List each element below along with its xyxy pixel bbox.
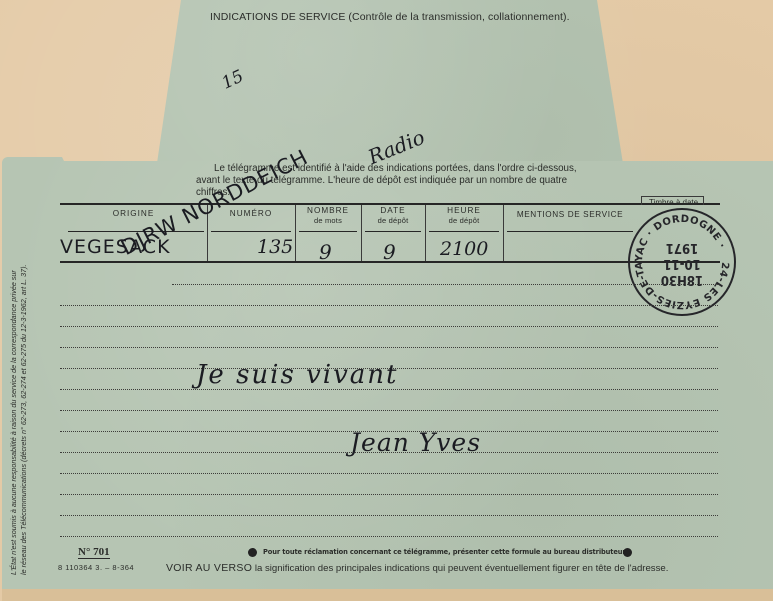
message-line <box>60 326 718 327</box>
value-date-de-depot: 9 <box>383 240 396 264</box>
header-underline-numero <box>211 231 291 232</box>
reclamation-notice: Pour toute réclamation concernant ce tél… <box>263 547 626 556</box>
value-heure-de-depot: 2100 <box>440 238 488 260</box>
message-signature: Jean Yves <box>350 428 481 457</box>
header-mentions-label: MENTIONS DE SERVICE <box>517 210 623 219</box>
form-number: N° 701 <box>78 546 110 559</box>
header-mentions-de-service: MENTIONS DE SERVICE <box>503 210 637 220</box>
legal-note-line-2: le réseau des Télécommunications (décret… <box>19 155 29 575</box>
bullet-left-icon <box>248 548 257 557</box>
message-line <box>60 515 718 516</box>
header-underline-mentions <box>507 231 633 232</box>
header-heure-de-depot: HEURE de dépôt <box>425 206 503 226</box>
message-line <box>172 284 718 285</box>
value-numero: 135 <box>257 236 293 258</box>
header-date-de-depot: DATE de dépôt <box>361 206 425 226</box>
header-nombre-sub: de mots <box>295 216 361 226</box>
postmark-date: 10-11 <box>630 255 734 271</box>
header-date-label: DATE <box>380 206 405 215</box>
message-line <box>60 305 718 306</box>
postmark-center: 18H30 10-11 1971 <box>630 239 734 287</box>
header-nombre-label: NOMBRE <box>307 206 349 215</box>
message-line <box>60 494 718 495</box>
header-heure-label: HEURE <box>447 206 481 215</box>
postmark-year: 1971 <box>630 239 734 255</box>
legal-side-note: L'État n'est soumis à aucune responsabil… <box>9 155 29 575</box>
header-underline-date <box>365 231 421 232</box>
service-indications-title: INDICATIONS DE SERVICE (Contrôle de la t… <box>210 11 570 23</box>
message-line <box>60 410 718 411</box>
verso-rest: la signification des principales indicat… <box>255 563 669 574</box>
header-heure-sub: de dépôt <box>425 216 503 226</box>
verso-strong: VOIR AU VERSO <box>166 562 252 574</box>
value-nombre-de-mots: 9 <box>319 240 332 264</box>
header-underline-heure <box>429 231 499 232</box>
postmark-stamp: 24-LES EYZIES-DE-TAYAC · DORDOGNE · 18H3… <box>628 208 736 316</box>
header-origine-label: ORIGINE <box>113 209 155 218</box>
header-numero-label: NUMÉRO <box>230 209 272 218</box>
bullet-right-icon <box>623 548 632 557</box>
verso-notice: VOIR AU VERSO la signification des princ… <box>166 562 668 574</box>
legal-note-line-1: L'État n'est soumis à aucune responsabil… <box>9 155 19 575</box>
message-line <box>60 473 718 474</box>
header-underline-mots <box>299 231 357 232</box>
header-nombre-de-mots: NOMBRE de mots <box>295 206 361 226</box>
header-date-sub: de dépôt <box>361 216 425 226</box>
message-line <box>60 536 718 537</box>
message-line <box>60 347 718 348</box>
timbre-a-date-label: Timbre à date <box>641 196 704 207</box>
message-text: Je suis vivant <box>196 360 398 390</box>
sheet-bottom-edge <box>2 589 773 601</box>
table-top-rule <box>60 203 720 205</box>
print-code: 8 110364 3. – 8-364 <box>58 563 134 572</box>
